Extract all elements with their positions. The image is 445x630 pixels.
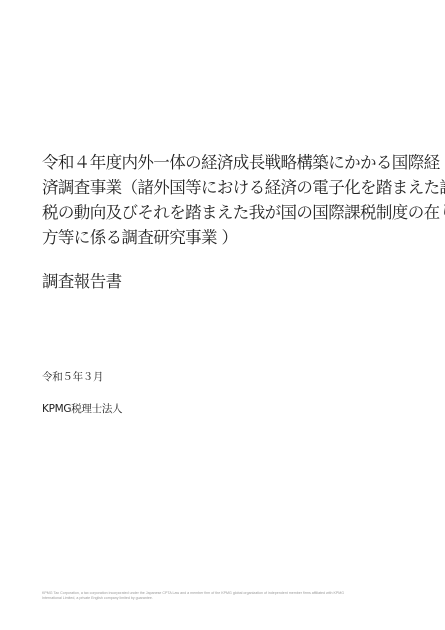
report-title-line-4: 方等に係る調査研究事業 ） <box>42 225 422 250</box>
report-title-line-3: 税の動向及びそれを踏まえた我が国の国際課税制度の在り <box>42 200 422 225</box>
publication-date: 令和５年３月 <box>42 369 103 384</box>
report-cover-page: 令和４年度内外一体の経済成長戦略構築にかかる国際経 済調査事業（諸外国等における… <box>0 0 445 630</box>
report-title-line-1: 令和４年度内外一体の経済成長戦略構築にかかる国際経 <box>42 150 422 175</box>
author-organization: KPMG税理士法人 <box>42 401 122 416</box>
report-title-line-2: 済調査事業（諸外国等における経済の電子化を踏まえた課 <box>42 175 422 200</box>
legal-footer-line-2: International Limited, a private English… <box>42 596 407 601</box>
legal-footer: KPMG Tax Corporation, a tax corporation … <box>42 591 407 600</box>
report-title: 令和４年度内外一体の経済成長戦略構築にかかる国際経 済調査事業（諸外国等における… <box>42 150 422 250</box>
report-subtitle: 調査報告書 <box>42 268 122 292</box>
